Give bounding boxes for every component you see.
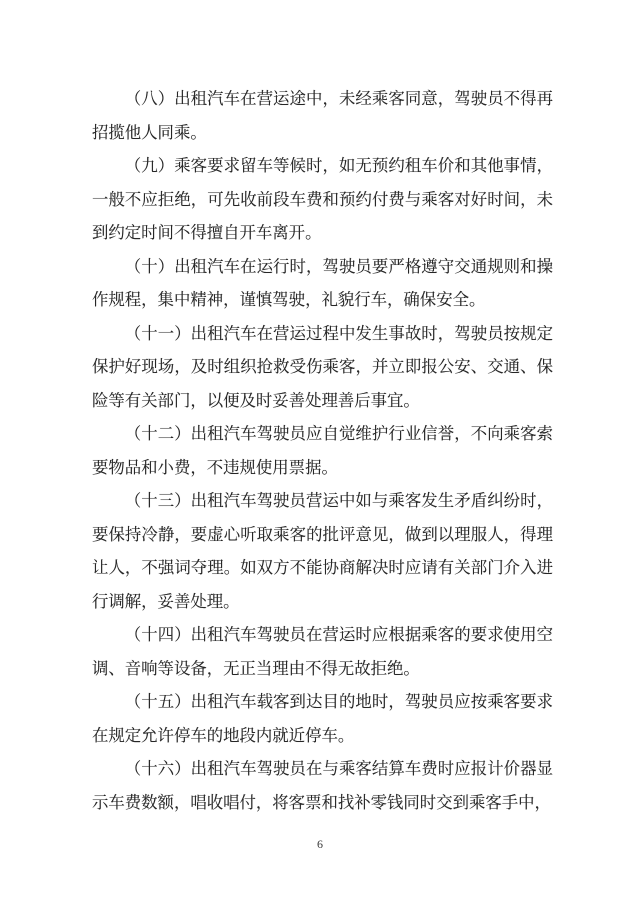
page-number: 6 [0, 837, 640, 851]
paragraph-12: （十二）出租汽车驾驶员应自觉维护行业信誉，不向乘客索要物品和小费，不违规使用票据… [92, 417, 553, 484]
document-body: （八）出租汽车在营运途中，未经乘客同意，驾驶员不得再招揽他人同乘。 （九）乘客要… [92, 82, 553, 819]
paragraph-8: （八）出租汽车在营运途中，未经乘客同意，驾驶员不得再招揽他人同乘。 [92, 82, 553, 149]
paragraph-15: （十五）出租汽车载客到达目的地时，驾驶员应按乘客要求在规定允许停车的地段内就近停… [92, 685, 553, 752]
paragraph-16: （十六）出租汽车驾驶员在与乘客结算车费时应报计价器显示车费数额，唱收唱付，将客票… [92, 752, 553, 819]
paragraph-14: （十四）出租汽车驾驶员在营运时应根据乘客的要求使用空调、音响等设备，无正当理由不… [92, 618, 553, 685]
paragraph-9: （九）乘客要求留车等候时，如无预约租车价和其他事情，一般不应拒绝，可先收前段车费… [92, 149, 553, 250]
paragraph-11: （十一）出租汽车在营运过程中发生事故时，驾驶员按规定保护好现场，及时组织抢救受伤… [92, 317, 553, 418]
paragraph-10: （十）出租汽车在运行时，驾驶员要严格遵守交通规则和操作规程，集中精神，谨慎驾驶，… [92, 250, 553, 317]
document-page: （八）出租汽车在营运途中，未经乘客同意，驾驶员不得再招揽他人同乘。 （九）乘客要… [0, 0, 640, 905]
paragraph-13: （十三）出租汽车驾驶员营运中如与乘客发生矛盾纠纷时，要保持冷静，要虚心听取乘客的… [92, 484, 553, 618]
